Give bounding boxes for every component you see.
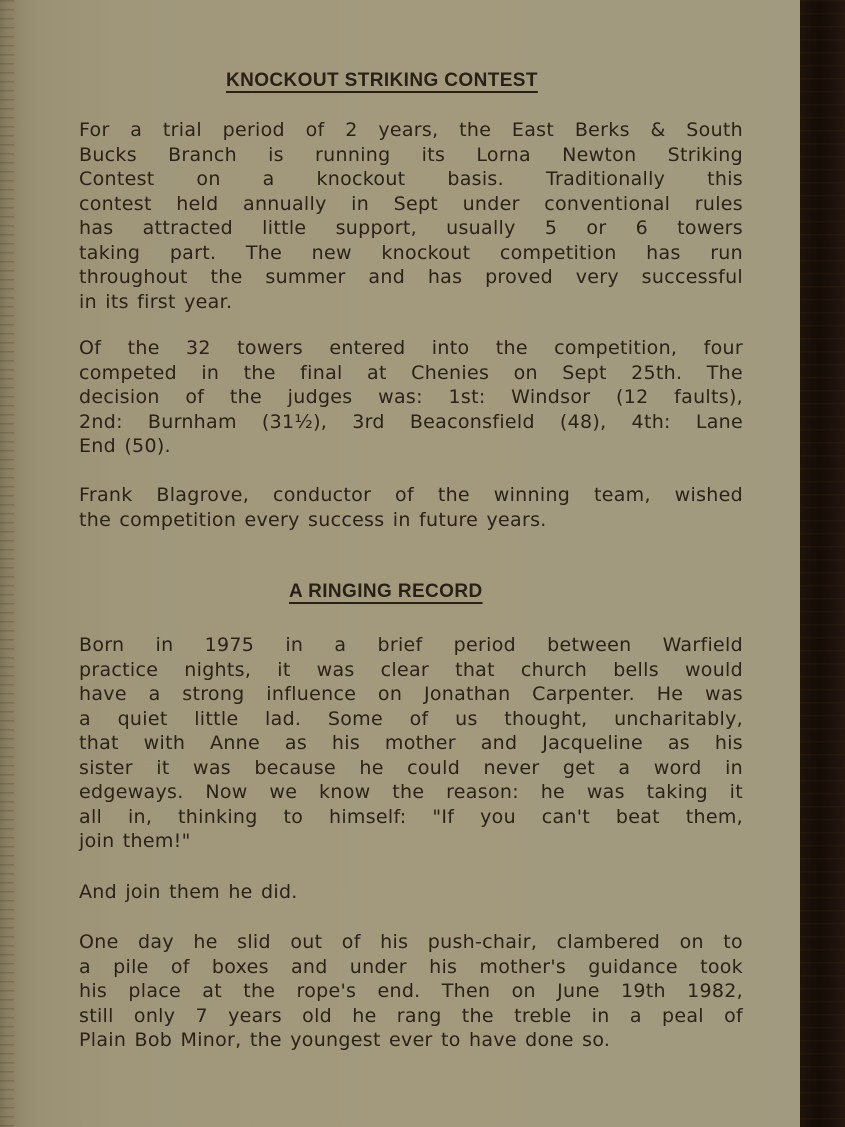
text-line: throughout the summer and has proved ver…: [79, 265, 743, 290]
text-line: a quiet little lad. Some of us thought, …: [79, 707, 743, 732]
text-line: Contest on a knockout basis. Traditional…: [79, 167, 743, 192]
paragraph-contest-results: Of the 32 towers entered into the compet…: [79, 336, 743, 459]
page-gutter-edge: [0, 0, 14, 1127]
text-line: Plain Bob Minor, the youngest ever to ha…: [79, 1028, 743, 1053]
text-line: practice nights, it was clear that churc…: [79, 658, 743, 683]
text-line: End (50).: [79, 434, 743, 459]
paragraph-record-intro: Born in 1975 in a brief period between W…: [79, 633, 743, 854]
text-line: One day he slid out of his push-chair, c…: [79, 930, 743, 955]
text-line: Bucks Branch is running its Lorna Newton…: [79, 143, 743, 168]
text-line: For a trial period of 2 years, the East …: [79, 118, 743, 143]
text-line: his place at the rope's end. Then on Jun…: [79, 979, 743, 1004]
book-binding-shadow: [800, 0, 845, 1127]
text-line: Frank Blagrove, conductor of the winning…: [79, 483, 743, 508]
text-line: a pile of boxes and under his mother's g…: [79, 955, 743, 980]
text-line: the competition every success in future …: [79, 508, 743, 533]
section-heading-ringing-record: A RINGING RECORD: [289, 581, 483, 603]
section-heading-knockout-contest: KNOCKOUT STRIKING CONTEST: [226, 70, 538, 92]
text-line: edgeways. Now we know the reason: he was…: [79, 780, 743, 805]
text-line: And join them he did.: [79, 880, 743, 905]
text-line: taking part. The new knockout competitio…: [79, 241, 743, 266]
paragraph-record-peal: One day he slid out of his push-chair, c…: [79, 930, 743, 1053]
text-line: all in, thinking to himself: "If you can…: [79, 805, 743, 830]
text-line: competed in the final at Chenies on Sept…: [79, 361, 743, 386]
paragraph-contest-conductor: Frank Blagrove, conductor of the winning…: [79, 483, 743, 532]
text-line: still only 7 years old he rang the trebl…: [79, 1004, 743, 1029]
text-line: sister it was because he could never get…: [79, 756, 743, 781]
text-line: join them!": [79, 829, 743, 854]
paragraph-record-join: And join them he did.: [79, 880, 743, 905]
paragraph-contest-intro: For a trial period of 2 years, the East …: [79, 118, 743, 314]
book-page: KNOCKOUT STRIKING CONTEST For a trial pe…: [0, 0, 800, 1127]
text-line: Of the 32 towers entered into the compet…: [79, 336, 743, 361]
text-line: has attracted little support, usually 5 …: [79, 216, 743, 241]
text-line: have a strong influence on Jonathan Carp…: [79, 682, 743, 707]
text-line: in its first year.: [79, 290, 743, 315]
text-line: decision of the judges was: 1st: Windsor…: [79, 385, 743, 410]
text-line: contest held annually in Sept under conv…: [79, 192, 743, 217]
text-line: Born in 1975 in a brief period between W…: [79, 633, 743, 658]
text-line: that with Anne as his mother and Jacquel…: [79, 731, 743, 756]
text-line: 2nd: Burnham (31½), 3rd Beaconsfield (48…: [79, 410, 743, 435]
